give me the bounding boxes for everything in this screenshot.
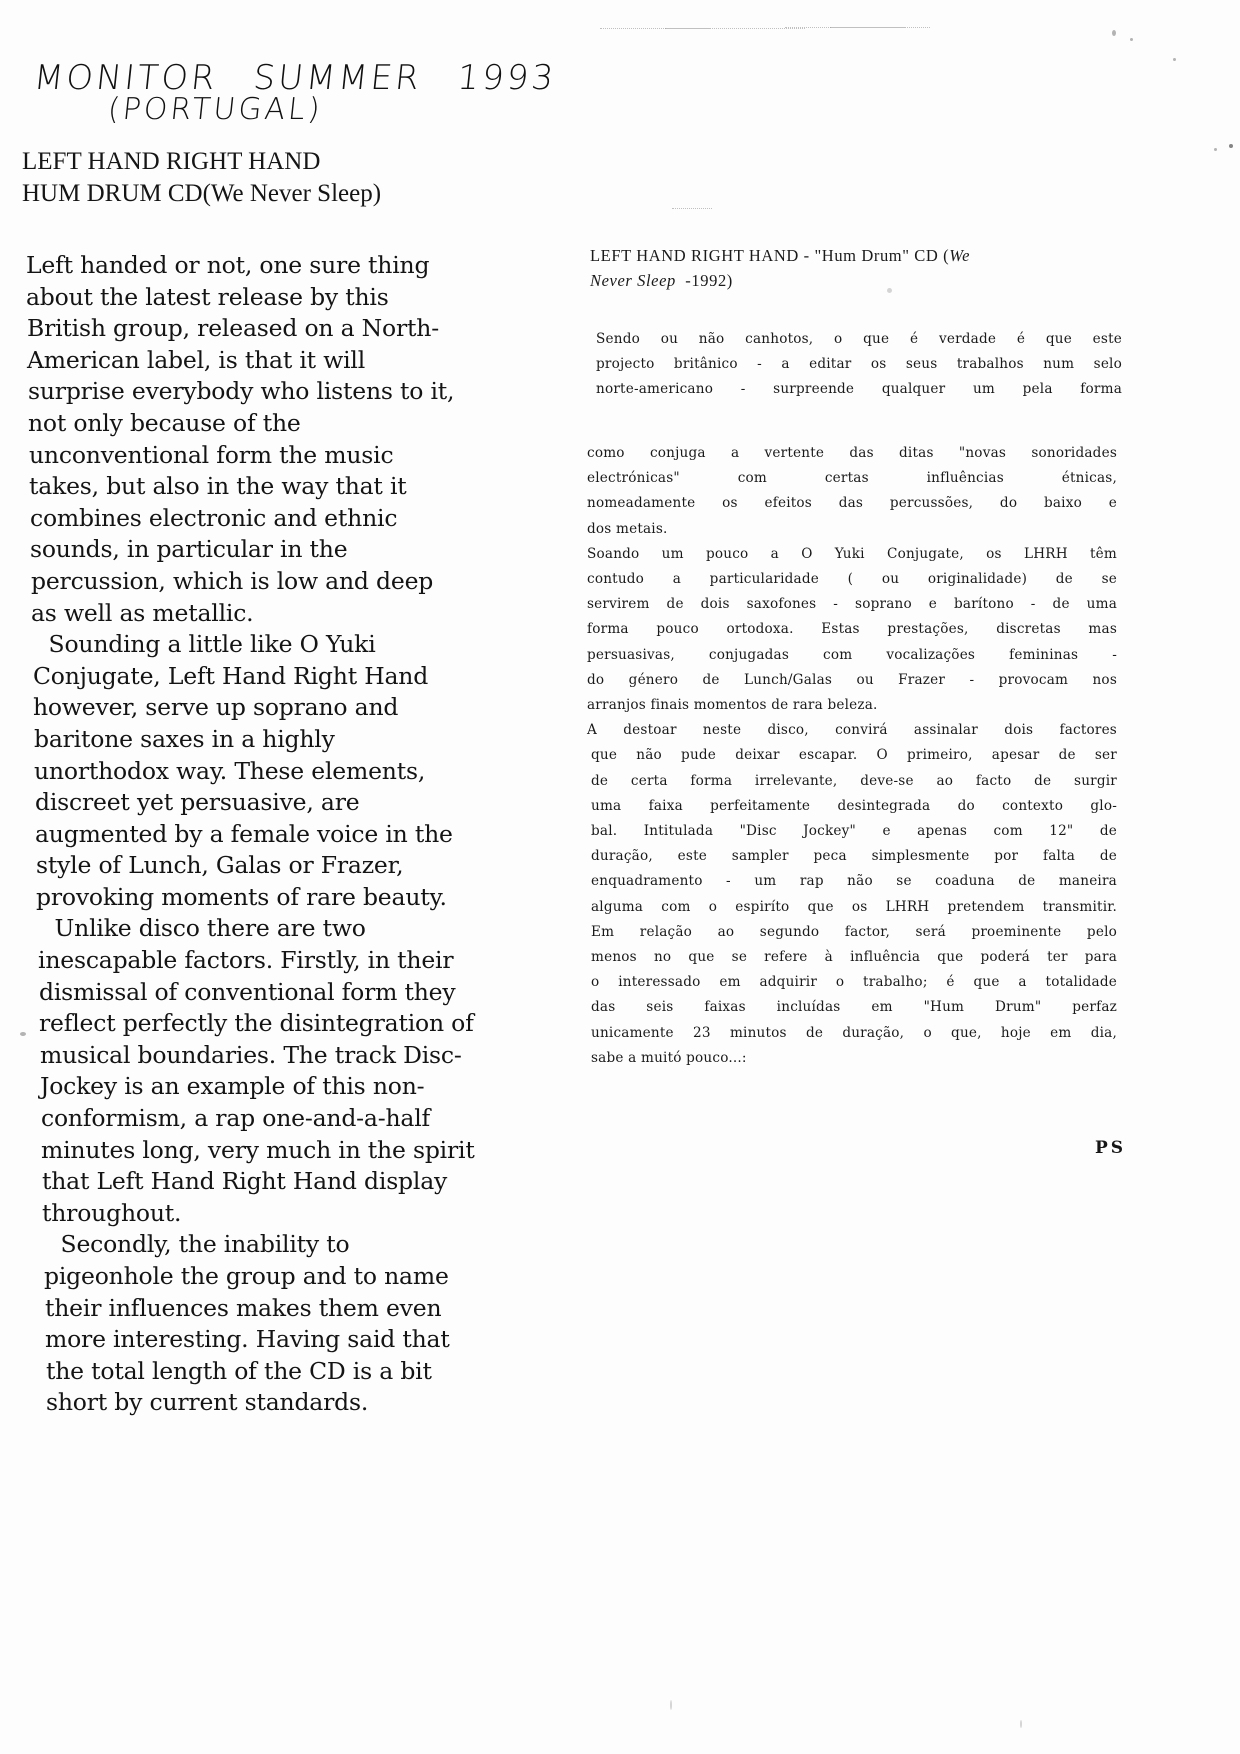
text-line: electrónicas" com certas influências étn… xyxy=(587,466,1117,491)
text-line: que não pude deixar escapar. O primeiro,… xyxy=(587,743,1117,768)
english-review-body: Left handed or not, one sure thing about… xyxy=(26,250,586,1419)
text-line: nomeadamente os efeitos das percussões, … xyxy=(587,491,1117,516)
text-line: de certa forma irrelevante, deve-se ao f… xyxy=(587,769,1117,794)
text-line: surprise everybody who listens to it, xyxy=(28,376,586,408)
text-line: combines electronic and ethnic xyxy=(30,503,586,535)
text-line: dos metais. xyxy=(587,517,1117,542)
text-line: projecto britânico - a editar os seus tr… xyxy=(596,352,1122,377)
title-prefix: LEFT HAND RIGHT HAND - "Hum Drum" CD ( xyxy=(590,246,949,265)
text-line: Soando um pouco a O Yuki Conjugate, os L… xyxy=(587,542,1117,567)
text-line: throughout. xyxy=(42,1198,586,1230)
text-line: sounds, in particular in the xyxy=(30,534,586,566)
text-line: sabe a muitó pouco...: xyxy=(587,1046,1117,1071)
text-line: takes, but also in the way that it xyxy=(29,471,586,503)
text-line: more interesting. Having said that xyxy=(45,1324,586,1356)
scan-noise xyxy=(1229,144,1233,148)
text-line: Sendo ou não canhotos, o que é verdade é… xyxy=(596,327,1122,352)
handwritten-country-note: (PORTUGAL) xyxy=(106,92,324,127)
text-line: unicamente 23 minutos de duração, o que,… xyxy=(587,1021,1117,1046)
text-line: enquadramento - um rap não se coaduna de… xyxy=(587,869,1117,894)
portuguese-review-title: LEFT HAND RIGHT HAND - "Hum Drum" CD (We… xyxy=(590,243,1122,293)
text-line: o interessado em adquirir o trabalho; é … xyxy=(587,970,1117,995)
heading-album: HUM DRUM CD(We Never Sleep) xyxy=(22,178,381,210)
scan-noise xyxy=(1020,1720,1022,1728)
text-line: unconventional form the music xyxy=(29,440,586,472)
text-line: style of Lunch, Galas or Frazer, xyxy=(36,850,586,882)
text-line: minutes long, very much in the spirit xyxy=(41,1135,586,1167)
text-line: British group, released on a North- xyxy=(27,313,586,345)
text-line: musical boundaries. The track Disc- xyxy=(40,1040,586,1072)
text-line: discreet yet persuasive, are xyxy=(35,787,586,819)
portuguese-paragraph-1: Sendo ou não canhotos, o que é verdade é… xyxy=(596,327,1122,403)
text-line: American label, is that it will xyxy=(27,345,586,377)
scan-noise xyxy=(1214,148,1217,151)
title-label-italic-2: Never Sleep xyxy=(590,271,676,290)
portuguese-paragraph-2: como conjuga a vertente das ditas "novas… xyxy=(587,441,1117,1071)
text-line: conformism, a rap one-and-a-half xyxy=(41,1103,586,1135)
text-line: das seis faixas incluídas em "Hum Drum" … xyxy=(587,995,1117,1020)
text-line: contudo a particularidade ( ou originali… xyxy=(587,567,1117,592)
title-label-italic: We xyxy=(949,246,970,265)
text-line: Unlike disco there are two xyxy=(40,913,586,945)
text-line: their influences makes them even xyxy=(45,1293,586,1325)
text-line: A destoar neste disco, convirá assinalar… xyxy=(587,718,1117,743)
portuguese-review: LEFT HAND RIGHT HAND - "Hum Drum" CD (We… xyxy=(590,243,1122,293)
text-line: augmented by a female voice in the xyxy=(35,819,586,851)
text-line: baritone saxes in a highly xyxy=(34,724,586,756)
text-line: bal. Intitulada "Disc Jockey" e apenas c… xyxy=(587,819,1117,844)
scan-noise xyxy=(670,1700,672,1710)
scanned-page: MONITOR SUMMER 1993 (PORTUGAL) LEFT HAND… xyxy=(0,0,1240,1754)
heading-artist: LEFT HAND RIGHT HAND xyxy=(22,146,381,178)
text-line: duração, este sampler peca simplesmente … xyxy=(587,844,1117,869)
scan-noise xyxy=(1130,38,1133,41)
text-line: inescapable factors. Firstly, in their xyxy=(38,945,586,977)
scan-noise xyxy=(1173,58,1176,61)
scan-noise xyxy=(1112,30,1116,36)
text-line: Left handed or not, one sure thing xyxy=(26,250,586,282)
text-line: norte-americano - surpreende qualquer um… xyxy=(596,377,1122,402)
text-line: percussion, which is low and deep xyxy=(31,566,586,598)
text-line: Secondly, the inability to xyxy=(46,1229,586,1261)
text-line: Jockey is an example of this non- xyxy=(40,1071,586,1103)
text-line: Sounding a little like O Yuki xyxy=(34,629,586,661)
text-line: short by current standards. xyxy=(46,1387,586,1419)
text-line: do género de Lunch/Galas ou Frazer - pro… xyxy=(587,668,1117,693)
text-line: Em relação ao segundo factor, será proem… xyxy=(587,920,1117,945)
text-line: Conjugate, Left Hand Right Hand xyxy=(33,661,586,693)
text-line: uma faixa perfeitamente desintegrada do … xyxy=(587,794,1117,819)
text-line: reflect perfectly the disintegration of xyxy=(39,1008,586,1040)
author-initials: PS xyxy=(1095,1138,1126,1158)
scan-noise xyxy=(830,27,930,29)
text-line: as well as metallic. xyxy=(31,598,586,630)
text-line: forma pouco ortodoxa. Estas prestações, … xyxy=(587,617,1117,642)
title-year: -1992) xyxy=(676,271,733,290)
text-line: that Left Hand Right Hand display xyxy=(42,1166,586,1198)
text-line: servirem de dois saxofones - soprano e b… xyxy=(587,592,1117,617)
english-review-heading: LEFT HAND RIGHT HAND HUM DRUM CD(We Neve… xyxy=(22,146,381,210)
text-line: the total length of the CD is a bit xyxy=(46,1356,586,1388)
text-line: about the latest release by this xyxy=(26,282,586,314)
text-line: alguma com o espiríto que os LHRH preten… xyxy=(587,895,1117,920)
text-line: como conjuga a vertente das ditas "novas… xyxy=(587,441,1117,466)
text-line: dismissal of conventional form they xyxy=(39,977,586,1009)
text-line: menos no que se refere à influência que … xyxy=(587,945,1117,970)
scan-noise xyxy=(665,28,805,30)
text-line: arranjos finais momentos de rara beleza. xyxy=(587,693,1117,718)
text-line: unorthodox way. These elements, xyxy=(34,756,586,788)
text-line: however, serve up soprano and xyxy=(33,692,586,724)
text-line: provoking moments of rare beauty. xyxy=(36,882,586,914)
text-line: persuasivas, conjugadas com vocalizações… xyxy=(587,643,1117,668)
text-line: pigeonhole the group and to name xyxy=(44,1261,586,1293)
scan-noise xyxy=(672,208,712,210)
text-line: not only because of the xyxy=(28,408,586,440)
